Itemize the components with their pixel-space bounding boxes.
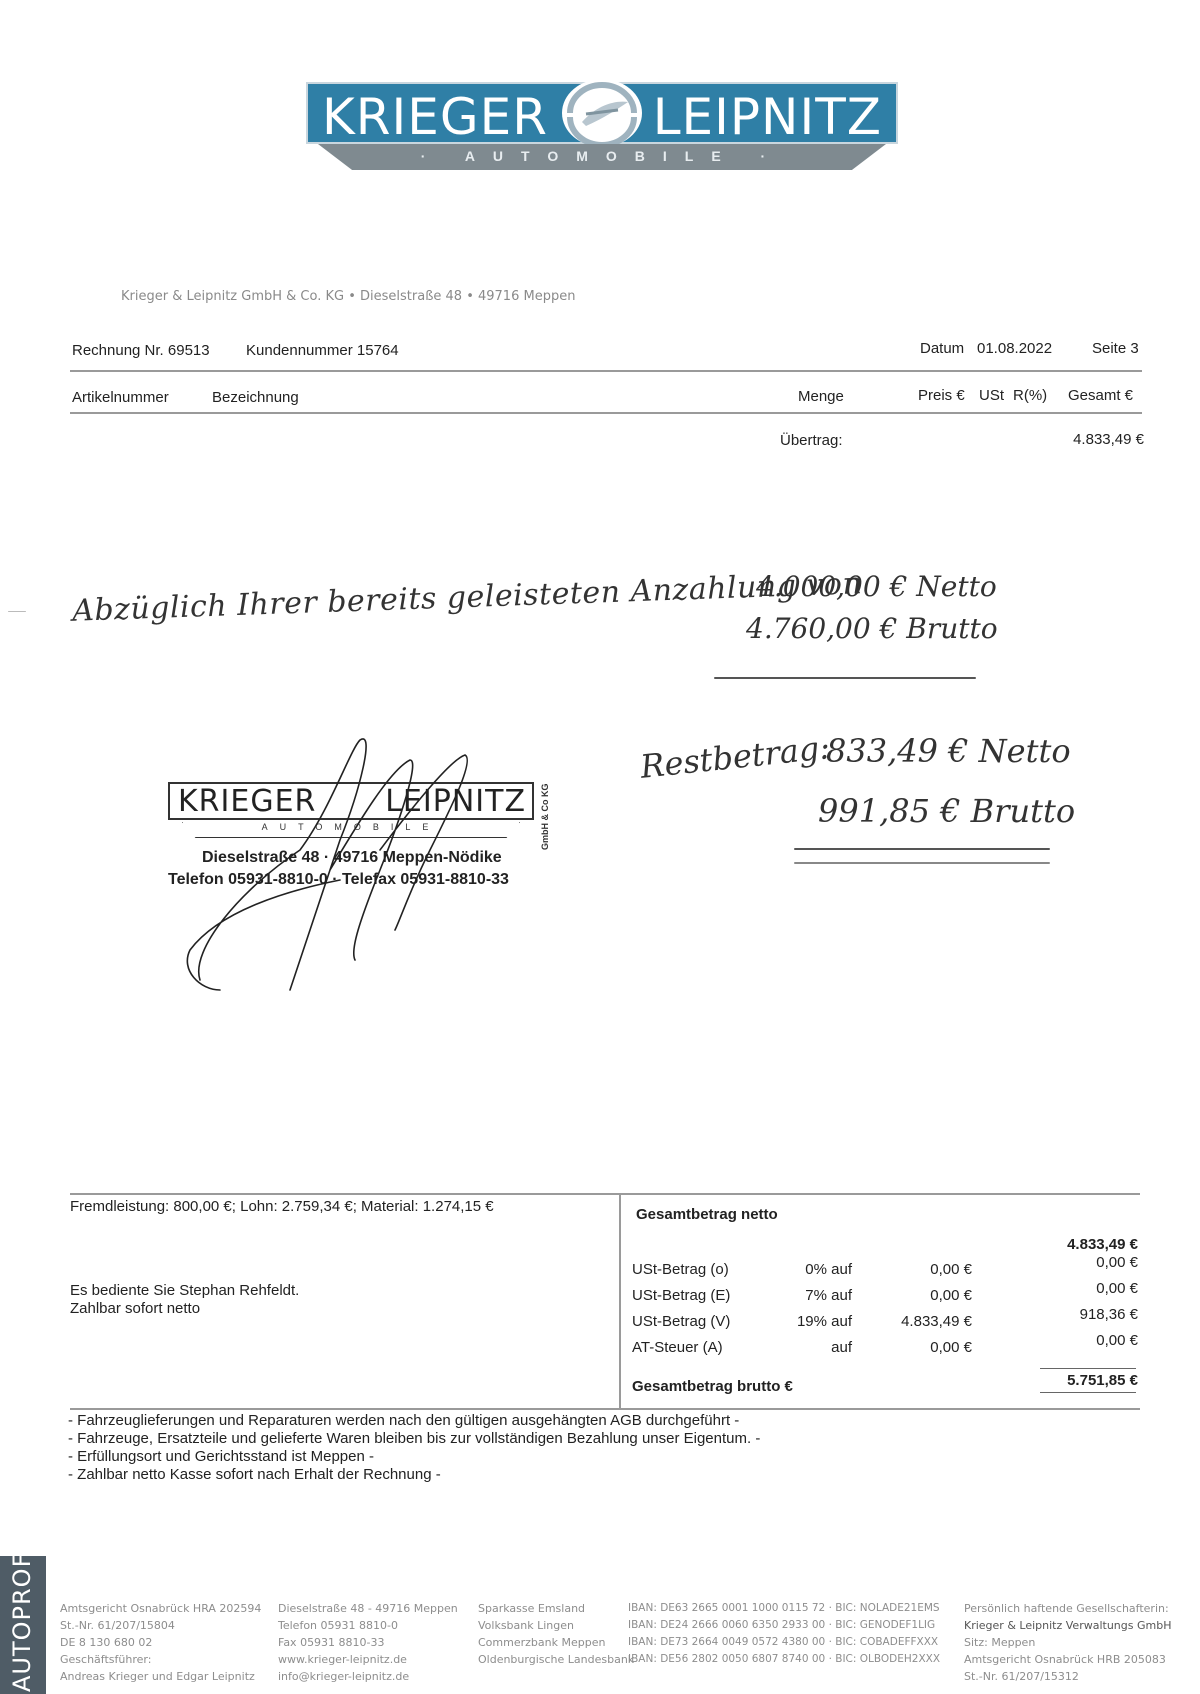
footer-line: IBAN: DE73 2664 0049 0572 4380 00 · BIC:…	[628, 1634, 940, 1651]
col-price: Preis €	[918, 387, 965, 404]
handwritten-deposit-gross: 4.760,00 € Brutto	[746, 612, 998, 645]
carry-over-value: 4.833,49 €	[1073, 431, 1144, 448]
vat-row-rate: 7% auf	[805, 1287, 852, 1304]
vat-row-amount: 0,00 €	[1096, 1332, 1138, 1349]
served-by: Es bediente Sie Stephan Rehfeldt.	[70, 1282, 299, 1299]
footer-ibans: IBAN: DE63 2665 0001 1000 0115 72 · BIC:…	[628, 1600, 940, 1668]
carry-over-label: Übertrag:	[780, 432, 843, 449]
payment-terms: Zahlbar sofort netto	[70, 1300, 200, 1317]
sender-line: Krieger & Leipnitz GmbH & Co. KG • Diese…	[121, 289, 575, 304]
logo-subtitle: · AUTOMOBILE ·	[318, 148, 886, 164]
footer-line: Commerzbank Meppen	[478, 1634, 634, 1651]
handwritten-double-underline	[794, 862, 1050, 864]
company-logo: KRIEGER LEIPNITZ · AUTOMOBILE ·	[306, 82, 898, 174]
term-line: - Fahrzeuglieferungen und Reparaturen we…	[68, 1412, 760, 1430]
vat-row-label: USt-Betrag (o)	[632, 1261, 729, 1278]
footer-line: Sparkasse Emsland	[478, 1600, 634, 1617]
footer-line: IBAN: DE63 2665 0001 1000 0115 72 · BIC:…	[628, 1600, 940, 1617]
net-total-value: 4.833,49 €	[1067, 1236, 1138, 1253]
footer-line: Persönlich haftende Gesellschafterin:	[964, 1600, 1171, 1617]
autoprofi-tag: AUTOPROFI	[0, 1556, 46, 1694]
vat-row-amount: 0,00 €	[1096, 1280, 1138, 1297]
gross-total-value: 5.751,85 €	[1067, 1372, 1138, 1389]
logo-subtitle-band: · AUTOMOBILE ·	[318, 144, 886, 170]
signature	[180, 730, 560, 1000]
handwritten-remaining-label: Restbetrag:	[639, 728, 832, 786]
footer-line: Telefon 05931 8810-0	[278, 1617, 458, 1634]
col-quantity: Menge	[798, 388, 844, 405]
invoice-date: 01.08.2022	[977, 340, 1052, 357]
divider	[70, 1408, 1140, 1410]
handwritten-double-underline	[794, 848, 1050, 850]
footer-line: Andreas Krieger und Edgar Leipnitz	[60, 1668, 261, 1685]
footer-line: Oldenburgische Landesbank	[478, 1651, 634, 1668]
sum-line	[1040, 1392, 1136, 1393]
col-article-number: Artikelnummer	[72, 389, 169, 406]
customer-number: Kundennummer 15764	[246, 342, 399, 359]
vat-row-amount: 918,36 €	[1080, 1306, 1138, 1323]
sum-line	[1040, 1368, 1136, 1369]
footer-contact: Dieselstraße 48 - 49716 Meppen Telefon 0…	[278, 1600, 458, 1685]
margin-mark	[8, 611, 26, 612]
cost-breakdown: Fremdleistung: 800,00 €; Lohn: 2.759,34 …	[70, 1198, 494, 1215]
vat-row-amount: 0,00 €	[1096, 1254, 1138, 1271]
handwritten-deduction: Abzüglich Ihrer bereits geleisteten Anza…	[72, 566, 863, 629]
col-description: Bezeichnung	[212, 389, 299, 406]
gross-total-label: Gesamtbetrag brutto €	[632, 1378, 793, 1395]
footer-line: Geschäftsführer:	[60, 1651, 261, 1668]
divider	[70, 412, 1142, 414]
handwritten-deposit-net: 4.000,00 € Netto	[756, 570, 997, 603]
vat-row-rate: 0% auf	[805, 1261, 852, 1278]
footer-line: Krieger & Leipnitz Verwaltungs GmbH	[964, 1617, 1171, 1634]
terms-list: - Fahrzeuglieferungen und Reparaturen we…	[68, 1412, 760, 1484]
handwritten-remaining-net: 833,49 € Netto	[826, 732, 1071, 770]
footer-line: Dieselstraße 48 - 49716 Meppen	[278, 1600, 458, 1617]
col-vat: USt	[979, 387, 1004, 404]
footer-line: Volksbank Lingen	[478, 1617, 634, 1634]
vat-row-base: 0,00 €	[930, 1287, 972, 1304]
col-discount: R(%)	[1013, 387, 1047, 404]
footer-banks: Sparkasse Emsland Volksbank Lingen Comme…	[478, 1600, 634, 1668]
footer-line: IBAN: DE56 2802 0050 6807 8740 00 · BIC:…	[628, 1651, 940, 1668]
footer-line: Sitz: Meppen	[964, 1634, 1171, 1651]
date-label: Datum	[920, 340, 964, 357]
vat-row-base: 4.833,49 €	[901, 1313, 972, 1330]
email-link[interactable]: info@krieger-leipnitz.de	[278, 1668, 458, 1685]
autoprofi-label: AUTOPROFI	[8, 1545, 36, 1692]
footer-line: IBAN: DE24 2666 0060 6350 2933 00 · BIC:…	[628, 1617, 940, 1634]
term-line: - Fahrzeuge, Ersatzteile und gelieferte …	[68, 1430, 760, 1448]
swoosh-emblem-icon	[556, 80, 648, 150]
website-link[interactable]: www.krieger-leipnitz.de	[278, 1651, 458, 1668]
vat-row-base: 0,00 €	[930, 1339, 972, 1356]
footer-line: DE 8 130 680 02	[60, 1634, 261, 1651]
footer-legal: Amtsgericht Osnabrück HRA 202594 St.-Nr.…	[60, 1600, 261, 1685]
divider	[70, 370, 1142, 372]
divider	[70, 1193, 1140, 1195]
net-total-label: Gesamtbetrag netto	[636, 1206, 778, 1223]
vat-row-base: 0,00 €	[930, 1261, 972, 1278]
term-line: - Erfüllungsort und Gerichtsstand ist Me…	[68, 1448, 760, 1466]
page-number: Seite 3	[1092, 340, 1139, 357]
vat-row-label: AT-Steuer (A)	[632, 1339, 723, 1356]
col-total: Gesamt €	[1068, 387, 1133, 404]
vat-row-label: USt-Betrag (V)	[632, 1313, 730, 1330]
invoice-number: Rechnung Nr. 69513	[72, 342, 210, 359]
handwritten-remaining-gross: 991,85 € Brutto	[818, 792, 1075, 830]
footer-line: St.-Nr. 61/207/15804	[60, 1617, 261, 1634]
footer-line: Amtsgericht Osnabrück HRB 205083	[964, 1651, 1171, 1668]
footer-partner: Persönlich haftende Gesellschafterin: Kr…	[964, 1600, 1171, 1685]
footer-line: Fax 05931 8810-33	[278, 1634, 458, 1651]
handwritten-underline	[714, 677, 976, 679]
vat-row-label: USt-Betrag (E)	[632, 1287, 730, 1304]
vat-row-rate: 19% auf	[797, 1313, 852, 1330]
logo-left-word: KRIEGER	[322, 88, 548, 146]
footer-line: Amtsgericht Osnabrück HRA 202594	[60, 1600, 261, 1617]
term-line: - Zahlbar netto Kasse sofort nach Erhalt…	[68, 1466, 760, 1484]
logo-right-word: LEIPNITZ	[653, 88, 882, 146]
column-divider	[619, 1194, 621, 1410]
footer-line: St.-Nr. 61/207/15312	[964, 1668, 1171, 1685]
vat-row-rate: auf	[831, 1339, 852, 1356]
